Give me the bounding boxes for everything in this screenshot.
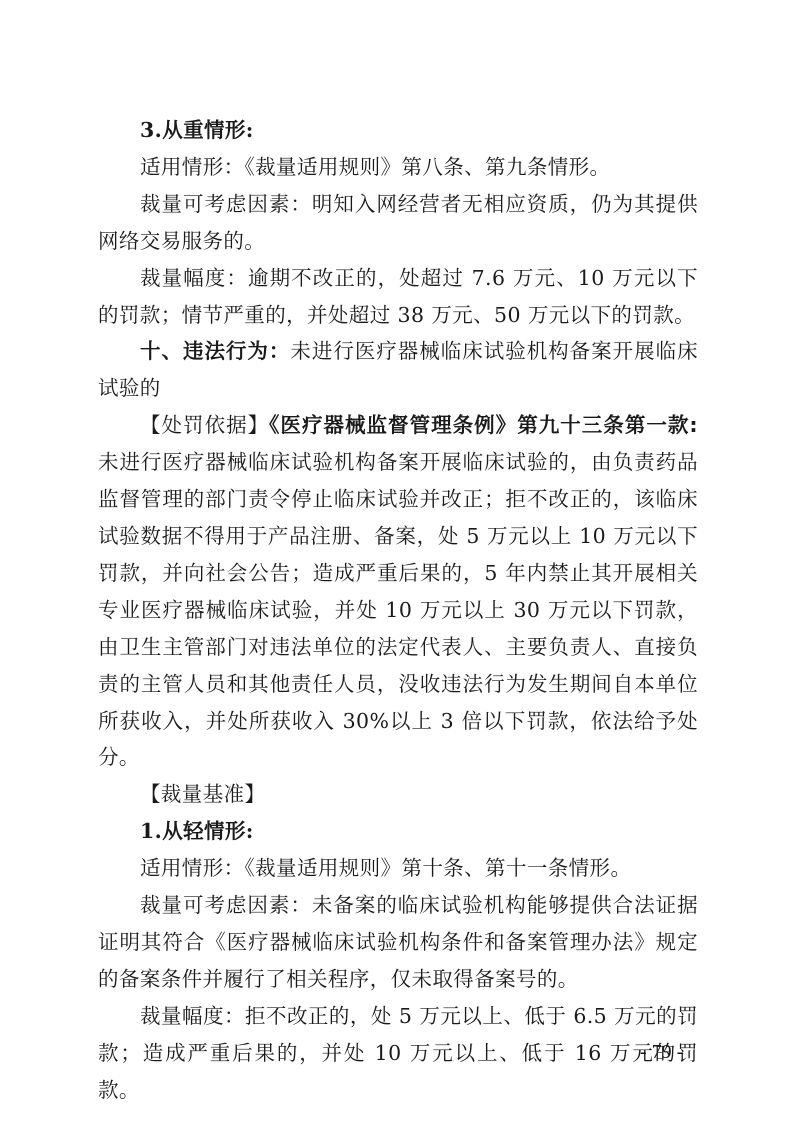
discretion-range: 裁量幅度：拒不改正的，处 5 万元以上、低于 6.5 万元的罚款；造成严重后果的… <box>98 998 698 1109</box>
body-text: 裁量可考虑因素：未备案的临床试验机构能够提供合法证据证明其符合《医疗器械临床试验… <box>98 893 698 991</box>
penalty-basis: 【处罚依据】《医疗器械监督管理条例》第九十三条第一款:未进行医疗器械临床试验机构… <box>98 407 698 776</box>
applicable-circumstances: 适用情形：《裁量适用规则》第十条、第十一条情形。 <box>98 850 698 887</box>
heading-text: 1.从轻情形: <box>140 819 254 843</box>
document-page: 3.从重情形: 适用情形：《裁量适用规则》第八条、第九条情形。 裁量可考虑因素：… <box>98 112 698 1108</box>
discretion-factors: 裁量可考虑因素：明知入网经营者无相应资质，仍为其提供网络交易服务的。 <box>98 186 698 260</box>
section-heading-aggravating: 3.从重情形: <box>98 112 698 149</box>
violation-label: 十、违法行为： <box>140 339 290 363</box>
penalty-basis-label: 【处罚依据】 <box>140 413 269 437</box>
discretion-standard-label: 【裁量基准】 <box>98 776 698 813</box>
body-text: 适用情形：《裁量适用规则》第十条、第十一条情形。 <box>140 856 631 880</box>
regulation-citation: 《医疗器械监督管理条例》第九十三条第一款: <box>269 413 698 437</box>
page-number: - 79 - <box>640 1041 683 1064</box>
heading-text: 3.从重情形: <box>140 118 254 142</box>
section-heading-lenient: 1.从轻情形: <box>98 813 698 850</box>
body-text: 裁量幅度：逾期不改正的，处超过 7.6 万元、10 万元以下的罚款；情节严重的，… <box>98 266 698 327</box>
discretion-range: 裁量幅度：逾期不改正的，处超过 7.6 万元、10 万元以下的罚款；情节严重的，… <box>98 260 698 334</box>
body-text: 裁量幅度：拒不改正的，处 5 万元以上、低于 6.5 万元的罚款；造成严重后果的… <box>98 1004 698 1102</box>
body-text: 裁量可考虑因素：明知入网经营者无相应资质，仍为其提供网络交易服务的。 <box>98 192 698 253</box>
violation-heading: 十、违法行为：未进行医疗器械临床试验机构备案开展临床试验的 <box>98 333 698 407</box>
body-text: 适用情形：《裁量适用规则》第八条、第九条情形。 <box>140 155 610 179</box>
applicable-circumstances: 适用情形：《裁量适用规则》第八条、第九条情形。 <box>98 149 698 186</box>
penalty-basis-text: 未进行医疗器械临床试验机构备案开展临床试验的，由负责药品监督管理的部门责令停止临… <box>98 450 698 769</box>
body-text: 【裁量基准】 <box>140 782 265 806</box>
discretion-factors: 裁量可考虑因素：未备案的临床试验机构能够提供合法证据证明其符合《医疗器械临床试验… <box>98 887 698 998</box>
